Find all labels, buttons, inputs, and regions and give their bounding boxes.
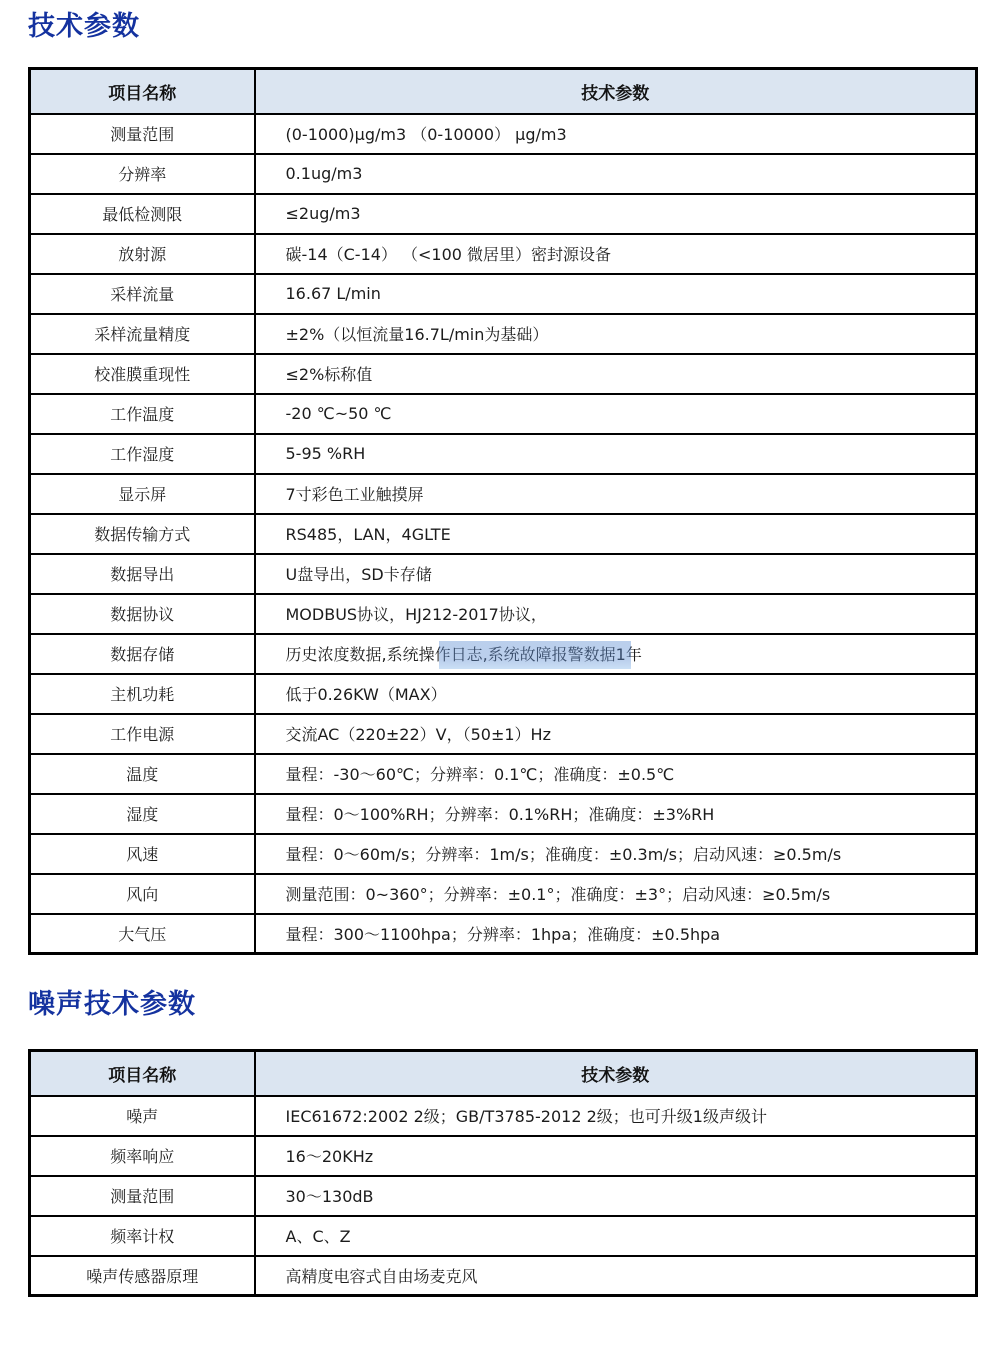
param-value-cell: RS485，LAN，4GLTE: [255, 514, 977, 554]
param-value-cell: MODBUS协议，HJ212-2017协议，: [255, 594, 977, 634]
param-value-text: 7寸彩色工业触摸屏: [286, 485, 424, 504]
param-value-cell: 7寸彩色工业触摸屏: [255, 474, 977, 514]
table-row: 采样流量精度±2%（以恒流量16.7L/min为基础）: [30, 314, 977, 354]
table-row: 工作温度-20 ℃~50 ℃: [30, 394, 977, 434]
noise-params-table: 项目名称技术参数噪声IEC61672:2002 2级；GB/T3785-2012…: [28, 1049, 978, 1297]
table-row: 工作湿度5-95 %RH: [30, 434, 977, 474]
table-row: 频率响应16～20KHz: [30, 1136, 977, 1176]
param-name-cell: 采样流量: [30, 274, 255, 314]
param-value-cell: ±2%（以恒流量16.7L/min为基础）: [255, 314, 977, 354]
table-row: 数据协议MODBUS协议，HJ212-2017协议，: [30, 594, 977, 634]
param-value-text: 低于0.26KW（MAX）: [286, 685, 447, 704]
param-value-text: 量程：300～1100hpa；分辨率：1hpa；准确度：±0.5hpa: [286, 925, 721, 944]
param-name-cell: 噪声传感器原理: [30, 1256, 255, 1296]
param-value-cell: IEC61672:2002 2级；GB/T3785-2012 2级；也可升级1级…: [255, 1096, 977, 1136]
param-name-cell: 大气压: [30, 914, 255, 954]
param-value-cell: 交流AC（220±22）V，（50±1）Hz: [255, 714, 977, 754]
table-row: 风向测量范围：0~360°；分辨率：±0.1°；准确度：±3°；启动风速：≥0.…: [30, 874, 977, 914]
table-row: 湿度量程：0～100%RH；分辨率：0.1%RH；准确度：±3%RH: [30, 794, 977, 834]
param-value-text: 测量范围：0~360°；分辨率：±0.1°；准确度：±3°；启动风速：≥0.5m…: [286, 885, 831, 904]
column-header-tech-param: 技术参数: [255, 69, 977, 114]
table-row: 数据传输方式RS485，LAN，4GLTE: [30, 514, 977, 554]
param-name-cell: 主机功耗: [30, 674, 255, 714]
column-header-item-name: 项目名称: [30, 1051, 255, 1096]
table-row: 温度量程：-30～60℃；分辨率：0.1℃；准确度：±0.5℃: [30, 754, 977, 794]
param-name-cell: 最低检测限: [30, 194, 255, 234]
param-value-text: 历史浓度数据,系统操作日志,系统故障报警数据1年: [286, 645, 642, 664]
tech-params-title: 技术参数: [28, 8, 980, 46]
column-header-item-name: 项目名称: [30, 69, 255, 114]
table-row: 数据导出U盘导出，SD卡存储: [30, 554, 977, 594]
param-name-cell: 频率计权: [30, 1216, 255, 1256]
param-value-cell: 测量范围：0~360°；分辨率：±0.1°；准确度：±3°；启动风速：≥0.5m…: [255, 874, 977, 914]
param-name-cell: 风向: [30, 874, 255, 914]
noise-params-title: 噪声技术参数: [28, 986, 980, 1024]
param-name-cell: 数据传输方式: [30, 514, 255, 554]
param-value-text: 交流AC（220±22）V，（50±1）Hz: [286, 725, 551, 744]
param-value-text: IEC61672:2002 2级；GB/T3785-2012 2级；也可升级1级…: [286, 1107, 767, 1126]
table-row: 采样流量16.67 L/min: [30, 274, 977, 314]
table-row: 测量范围(0-1000)μg/m3 （0-10000） μg/m3: [30, 114, 977, 154]
section-tech-params: 技术参数 项目名称技术参数测量范围(0-1000)μg/m3 （0-10000）…: [28, 8, 980, 955]
table-row: 风速量程：0～60m/s；分辨率：1m/s；准确度：±0.3m/s；启动风速：≥…: [30, 834, 977, 874]
table-row: 分辨率0.1ug/m3: [30, 154, 977, 194]
param-value-text: ≤2%标称值: [286, 365, 373, 384]
param-value-text: (0-1000)μg/m3 （0-10000） μg/m3: [286, 125, 567, 144]
param-name-cell: 数据存储: [30, 634, 255, 674]
table-row: 显示屏7寸彩色工业触摸屏: [30, 474, 977, 514]
param-name-cell: 数据导出: [30, 554, 255, 594]
table-row: 大气压量程：300～1100hpa；分辨率：1hpa；准确度：±0.5hpa: [30, 914, 977, 954]
param-value-cell: 30～130dB: [255, 1176, 977, 1216]
param-value-text: MODBUS协议，HJ212-2017协议，: [286, 605, 547, 624]
table-row: 放射源碳-14（C-14） （<100 微居里）密封源设备: [30, 234, 977, 274]
param-value-cell: 5-95 %RH: [255, 434, 977, 474]
param-name-cell: 工作温度: [30, 394, 255, 434]
param-name-cell: 温度: [30, 754, 255, 794]
param-name-cell: 噪声: [30, 1096, 255, 1136]
param-value-text: 高精度电容式自由场麦克风: [286, 1267, 478, 1286]
param-value-text: 16.67 L/min: [286, 284, 381, 303]
param-value-text: 量程：-30～60℃；分辨率：0.1℃；准确度：±0.5℃: [286, 765, 675, 784]
table-row: 主机功耗低于0.26KW（MAX）: [30, 674, 977, 714]
param-value-cell: 16～20KHz: [255, 1136, 977, 1176]
table-row: 噪声传感器原理高精度电容式自由场麦克风: [30, 1256, 977, 1296]
spec-sheet-page: 技术参数 项目名称技术参数测量范围(0-1000)μg/m3 （0-10000）…: [0, 0, 1000, 1297]
param-name-cell: 频率响应: [30, 1136, 255, 1176]
param-value-text: 碳-14（C-14） （<100 微居里）密封源设备: [286, 245, 612, 264]
param-value-cell: ≤2%标称值: [255, 354, 977, 394]
param-value-text: -20 ℃~50 ℃: [286, 404, 392, 423]
param-value-text: 5-95 %RH: [286, 444, 366, 463]
param-value-cell: U盘导出，SD卡存储: [255, 554, 977, 594]
table-row: 校准膜重现性≤2%标称值: [30, 354, 977, 394]
table-row: 工作电源交流AC（220±22）V，（50±1）Hz: [30, 714, 977, 754]
header-row: 项目名称技术参数: [30, 1051, 977, 1096]
header-row: 项目名称技术参数: [30, 69, 977, 114]
param-value-text: ≤2ug/m3: [286, 204, 361, 223]
param-value-text: RS485，LAN，4GLTE: [286, 525, 451, 544]
param-name-cell: 采样流量精度: [30, 314, 255, 354]
table-row: 测量范围30～130dB: [30, 1176, 977, 1216]
section-noise-params: 噪声技术参数 项目名称技术参数噪声IEC61672:2002 2级；GB/T37…: [28, 986, 980, 1297]
param-value-text: A、C、Z: [286, 1227, 351, 1246]
param-name-cell: 工作电源: [30, 714, 255, 754]
param-value-cell: 碳-14（C-14） （<100 微居里）密封源设备: [255, 234, 977, 274]
param-value-cell: 量程：300～1100hpa；分辨率：1hpa；准确度：±0.5hpa: [255, 914, 977, 954]
param-value-text: 0.1ug/m3: [286, 164, 363, 183]
param-value-text: 30～130dB: [286, 1187, 374, 1206]
param-value-cell: 历史浓度数据,系统操作日志,系统故障报警数据1年: [255, 634, 977, 674]
param-value-text: 16～20KHz: [286, 1147, 374, 1166]
param-name-cell: 测量范围: [30, 114, 255, 154]
tech-params-table: 项目名称技术参数测量范围(0-1000)μg/m3 （0-10000） μg/m…: [28, 67, 978, 955]
param-value-cell: -20 ℃~50 ℃: [255, 394, 977, 434]
param-name-cell: 工作湿度: [30, 434, 255, 474]
param-value-cell: 0.1ug/m3: [255, 154, 977, 194]
param-value-cell: 量程：0～60m/s；分辨率：1m/s；准确度：±0.3m/s；启动风速：≥0.…: [255, 834, 977, 874]
param-name-cell: 校准膜重现性: [30, 354, 255, 394]
table-row: 最低检测限≤2ug/m3: [30, 194, 977, 234]
param-value-cell: A、C、Z: [255, 1216, 977, 1256]
param-name-cell: 分辨率: [30, 154, 255, 194]
param-value-cell: 高精度电容式自由场麦克风: [255, 1256, 977, 1296]
table-row: 噪声IEC61672:2002 2级；GB/T3785-2012 2级；也可升级…: [30, 1096, 977, 1136]
param-name-cell: 测量范围: [30, 1176, 255, 1216]
param-value-text: 量程：0～60m/s；分辨率：1m/s；准确度：±0.3m/s；启动风速：≥0.…: [286, 845, 842, 864]
column-header-tech-param: 技术参数: [255, 1051, 977, 1096]
param-name-cell: 湿度: [30, 794, 255, 834]
param-value-cell: 量程：0～100%RH；分辨率：0.1%RH；准确度：±3%RH: [255, 794, 977, 834]
table-row: 数据存储历史浓度数据,系统操作日志,系统故障报警数据1年: [30, 634, 977, 674]
param-value-cell: 量程：-30～60℃；分辨率：0.1℃；准确度：±0.5℃: [255, 754, 977, 794]
param-value-cell: 16.67 L/min: [255, 274, 977, 314]
table-row: 频率计权A、C、Z: [30, 1216, 977, 1256]
param-value-text: ±2%（以恒流量16.7L/min为基础）: [286, 325, 549, 344]
param-name-cell: 放射源: [30, 234, 255, 274]
param-name-cell: 风速: [30, 834, 255, 874]
param-name-cell: 数据协议: [30, 594, 255, 634]
param-value-cell: (0-1000)μg/m3 （0-10000） μg/m3: [255, 114, 977, 154]
param-value-cell: 低于0.26KW（MAX）: [255, 674, 977, 714]
param-value-text: 量程：0～100%RH；分辨率：0.1%RH；准确度：±3%RH: [286, 805, 715, 824]
param-value-cell: ≤2ug/m3: [255, 194, 977, 234]
param-name-cell: 显示屏: [30, 474, 255, 514]
param-value-text: U盘导出，SD卡存储: [286, 565, 432, 584]
